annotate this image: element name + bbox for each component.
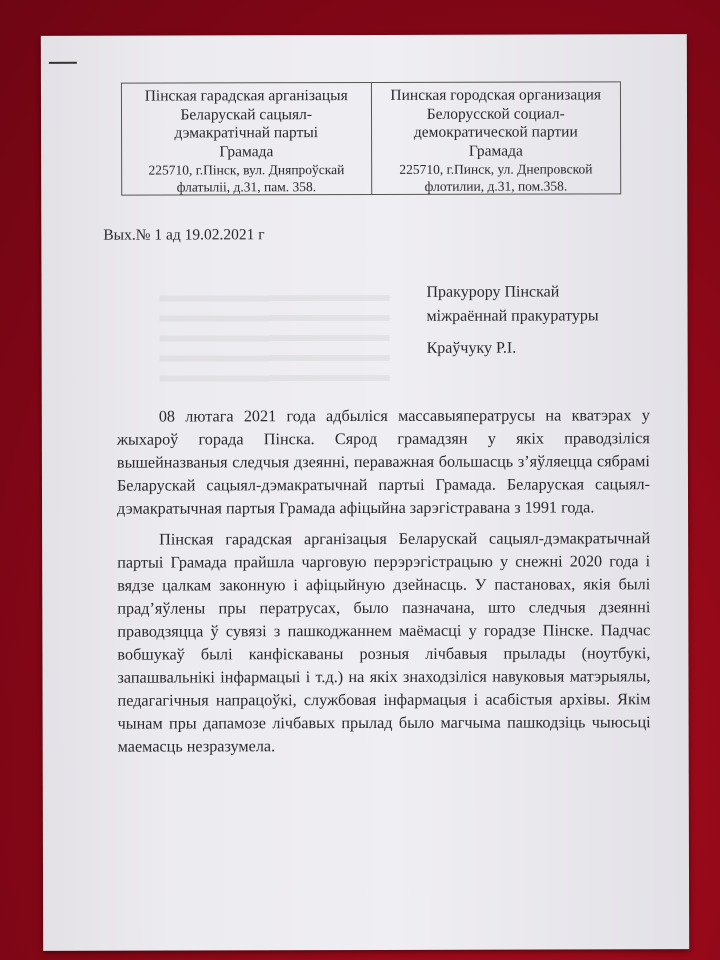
- org-address-line: 225710, г.Пінск, вул. Дняпроўскай: [122, 161, 371, 179]
- org-name-line: Пінская гарадская арганізацыя: [122, 87, 371, 106]
- letterhead-table: Пінская гарадская арганізацыя Беларускай…: [121, 81, 621, 195]
- outgoing-number: Вых.№ 1 ад 19.02.2021 г: [103, 226, 264, 244]
- org-name-line: демократической партии: [372, 123, 621, 142]
- letterhead-belarusian: Пінская гарадская арганізацыя Беларускай…: [122, 83, 371, 195]
- bleed-through-text: [159, 295, 389, 391]
- org-address-line: флатыліі, д.31, пам. 358.: [122, 178, 371, 196]
- addressee-title: Пракурору Пінскай: [426, 280, 598, 304]
- addressee-block: Пракурору Пінскай міжраённай пракуратуры…: [426, 280, 598, 360]
- org-address-line: флотилии, д.31, пом.358.: [372, 177, 621, 195]
- corner-mark: [49, 62, 77, 64]
- org-name-line: Беларускай сацыял-: [122, 105, 371, 124]
- org-name-line: Пинская городская организация: [371, 86, 620, 105]
- document-page: Пінская гарадская арганізацыя Беларускай…: [41, 34, 689, 951]
- org-name-line: Грамада: [372, 142, 621, 161]
- body-paragraph: Пінская гарадская арганізацыя Беларускай…: [117, 527, 651, 758]
- letter-body: 08 лютага 2021 года адбыліся массавыяпер…: [117, 404, 651, 766]
- org-address-line: 225710, г.Пинск, ул. Днепровской: [372, 160, 621, 178]
- body-paragraph: 08 лютага 2021 года адбыліся массавыяпер…: [117, 404, 650, 520]
- org-name-line: Белорусской социал-: [371, 105, 620, 124]
- addressee-name: Краўчуку Р.І.: [427, 336, 599, 360]
- org-name-line: дэмакратічнай партыі: [122, 124, 371, 143]
- letterhead-russian: Пинская городская организация Белорусско…: [370, 82, 620, 194]
- org-name-line: Грамада: [122, 142, 371, 161]
- addressee-office: міжраённай пракуратуры: [427, 304, 599, 328]
